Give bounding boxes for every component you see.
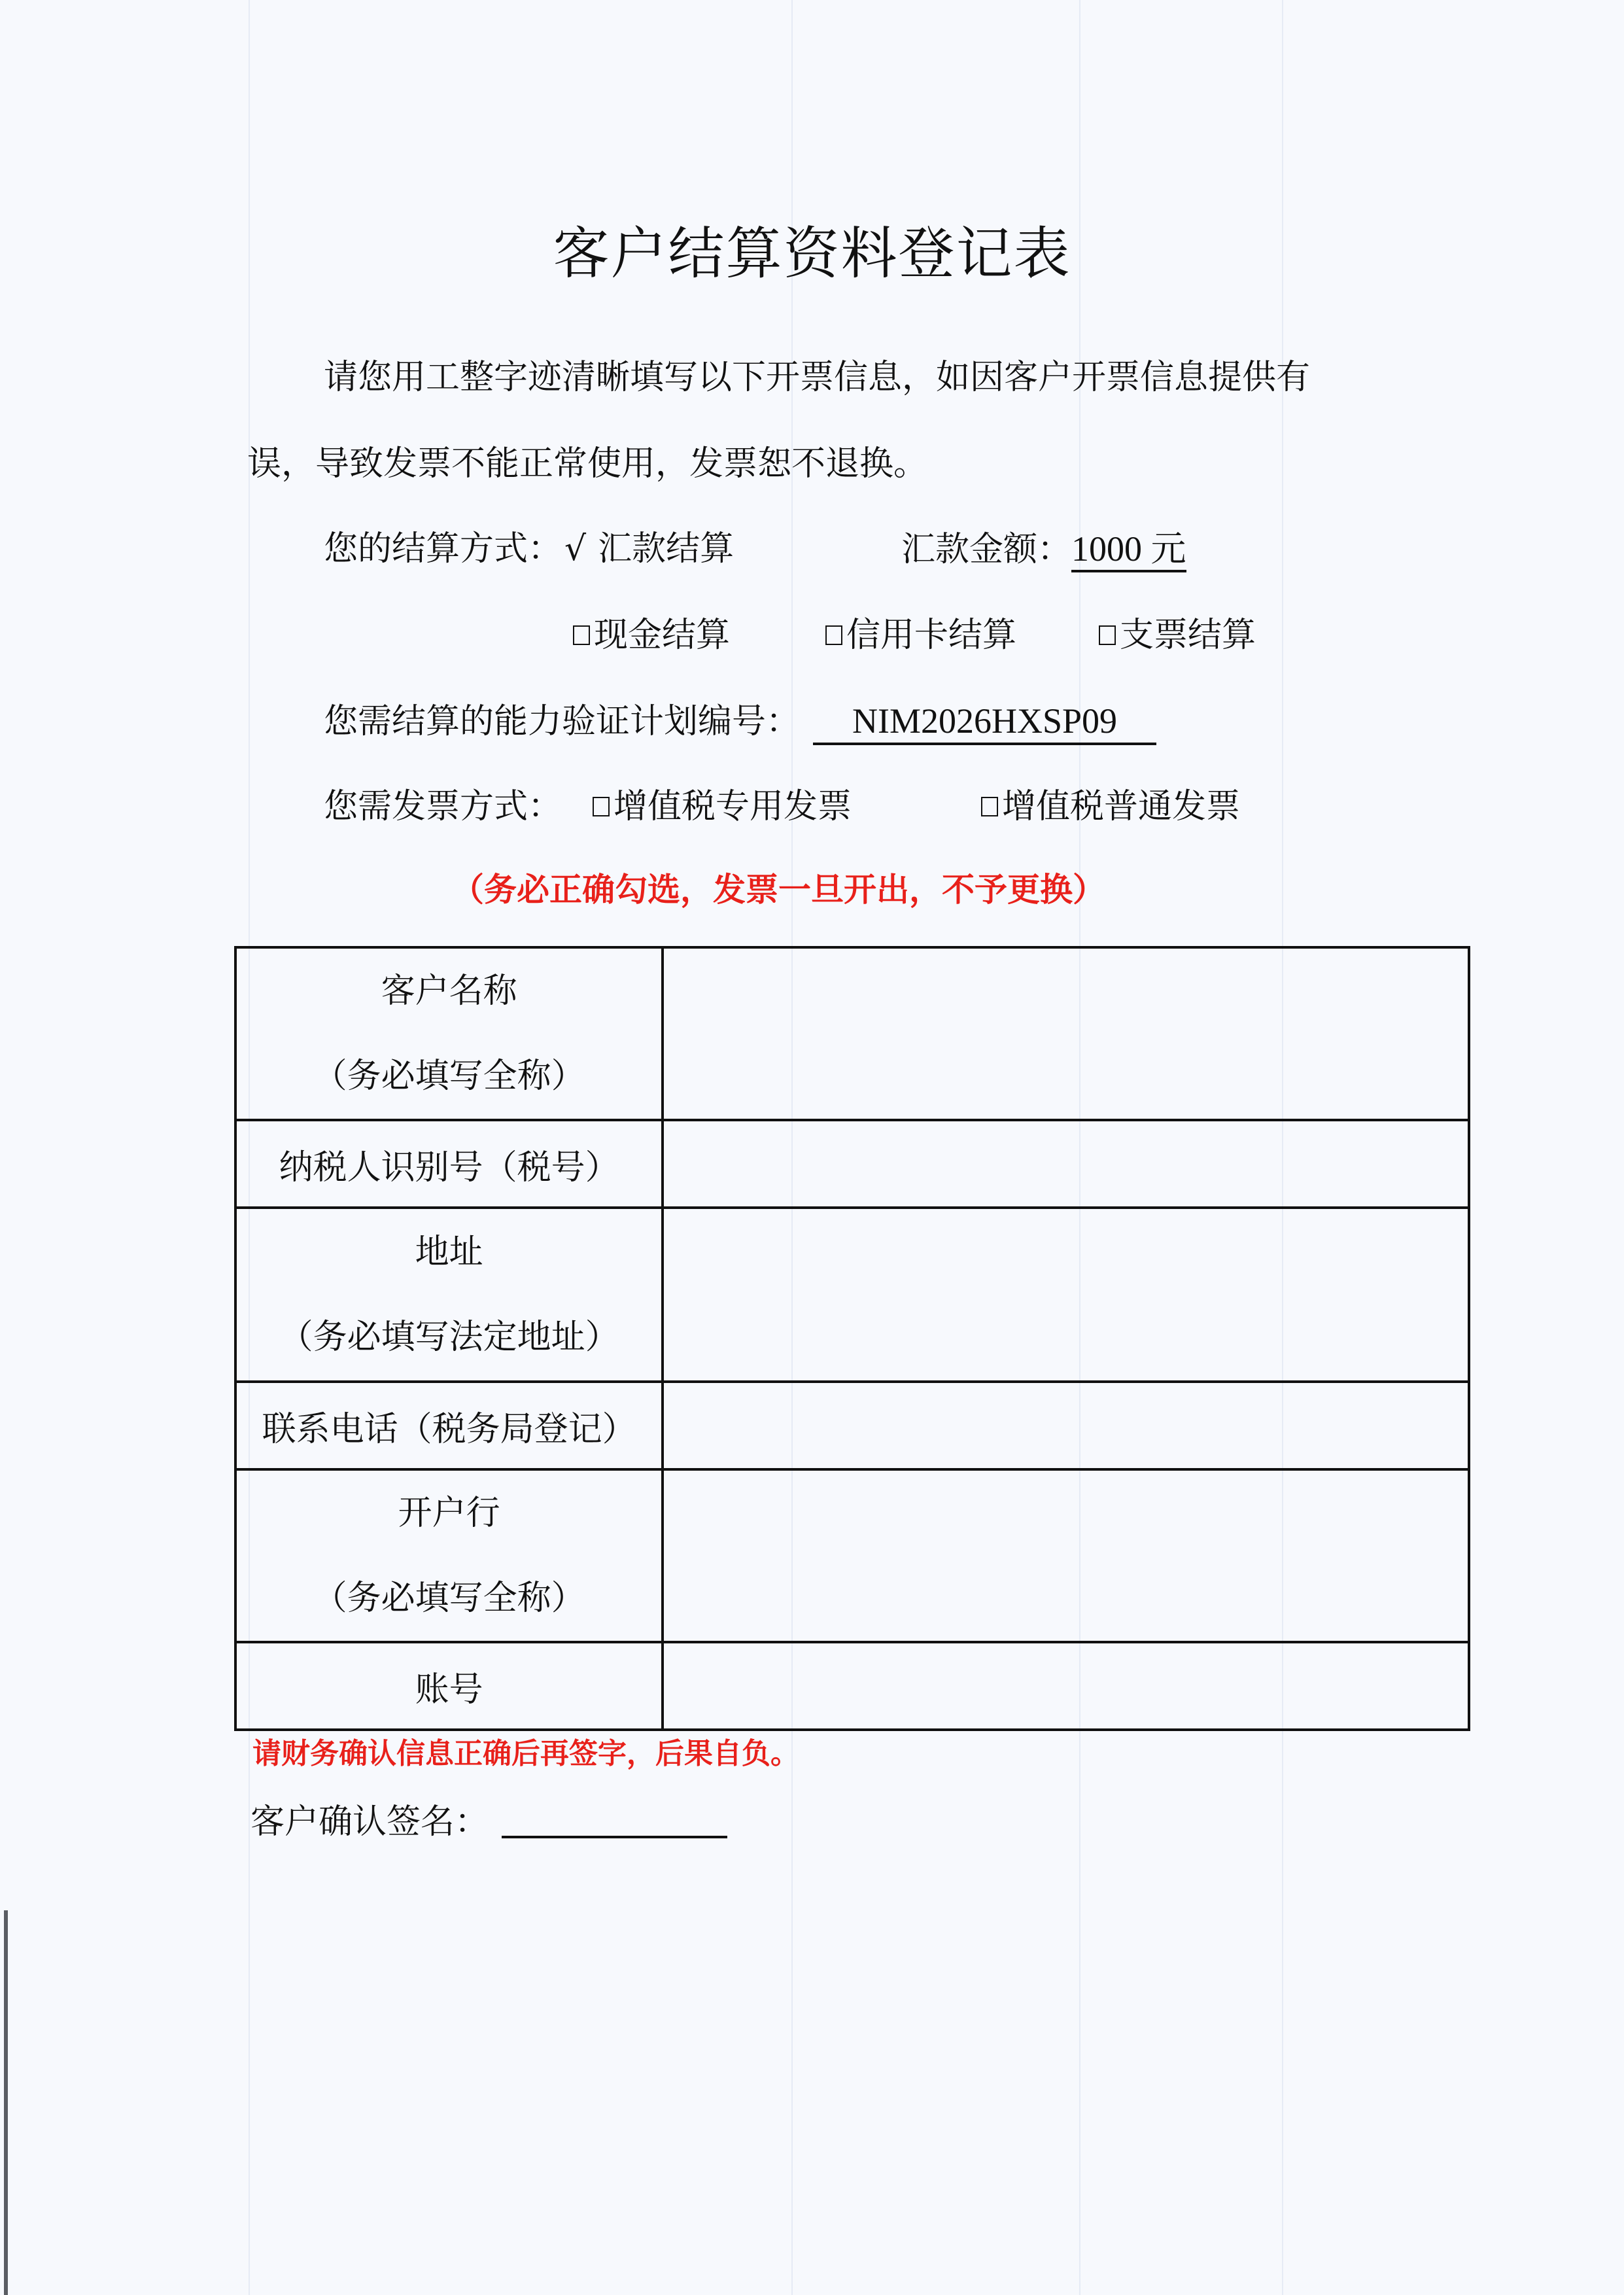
invoice-option-ordinary[interactable]: 增值税普通发票 bbox=[981, 779, 1240, 828]
label-line: 地址 bbox=[237, 1210, 661, 1295]
scan-edge bbox=[4, 1910, 8, 2295]
signature-label: 客户确认签名： bbox=[251, 1802, 489, 1842]
checkmark-icon[interactable]: √ bbox=[564, 529, 586, 569]
table-row: 联系电话（税务局登记） bbox=[235, 1382, 1469, 1469]
option-label: 增值税普通发票 bbox=[1002, 787, 1240, 826]
row-label-phone: 联系电话（税务局登记） bbox=[235, 1382, 663, 1469]
label-note: （务必填写法定地址） bbox=[237, 1295, 661, 1380]
option-label: 现金结算 bbox=[594, 616, 730, 655]
label-line: 客户名称 bbox=[237, 949, 661, 1034]
finance-note: 请财务确认信息正确后再签字，后果自负。 bbox=[252, 1730, 799, 1772]
row-label-address: 地址 （务必填写法定地址） bbox=[235, 1208, 663, 1382]
option-label: 增值税专用发票 bbox=[613, 787, 852, 826]
signature-field[interactable] bbox=[502, 1836, 727, 1838]
intro-line-2: 误，导致发票不能正常使用，发票恕不退换。 bbox=[247, 436, 927, 485]
settlement-option-credit-card[interactable]: 信用卡结算 bbox=[825, 607, 1016, 656]
row-label-tax-id: 纳税人识别号（税号） bbox=[235, 1120, 663, 1208]
checkbox-icon[interactable] bbox=[573, 625, 590, 645]
customer-info-table: 客户名称 （务必填写全称） 纳税人识别号（税号） 地址 （务必填写法定地址） 联… bbox=[234, 946, 1470, 1731]
table-row: 地址 （务必填写法定地址） bbox=[235, 1208, 1469, 1382]
table-row: 纳税人识别号（税号） bbox=[235, 1120, 1469, 1208]
settlement-method-row: 您的结算方式：√汇款结算 bbox=[324, 521, 734, 570]
invoice-row: 您需发票方式： bbox=[324, 779, 562, 828]
tax-id-field[interactable] bbox=[663, 1120, 1469, 1208]
settlement-label: 您的结算方式： bbox=[324, 529, 562, 569]
amount-row: 汇款金额：1000 元 bbox=[901, 521, 1186, 571]
plan-row: 您需结算的能力验证计划编号：NIM2026HXSP09 bbox=[324, 693, 1156, 745]
label-line: 账号 bbox=[237, 1662, 661, 1711]
settlement-option-remittance[interactable]: 汇款结算 bbox=[598, 529, 734, 569]
checkbox-icon[interactable] bbox=[593, 797, 610, 816]
amount-value[interactable]: 1000 元 bbox=[1071, 529, 1186, 572]
label-note: （务必填写全称） bbox=[237, 1556, 661, 1641]
customer-name-field[interactable] bbox=[663, 947, 1469, 1120]
label-line: 纳税人识别号（税号） bbox=[237, 1140, 661, 1189]
table-row: 开户行 （务必填写全称） bbox=[235, 1469, 1469, 1642]
bank-field[interactable] bbox=[663, 1469, 1469, 1642]
checkbox-icon[interactable] bbox=[825, 625, 842, 645]
intro-line-1: 请您用工整字迹清晰填写以下开票信息，如因客户开票信息提供有 bbox=[324, 349, 1310, 398]
signature-row: 客户确认签名： bbox=[251, 1794, 727, 1843]
page-title: 客户结算资料登记表 bbox=[0, 208, 1624, 289]
checkbox-icon[interactable] bbox=[981, 797, 998, 816]
option-label: 支票结算 bbox=[1120, 616, 1256, 655]
table-row: 客户名称 （务必填写全称） bbox=[235, 947, 1469, 1120]
invoice-label: 您需发票方式： bbox=[324, 787, 562, 826]
table-row: 账号 bbox=[235, 1642, 1469, 1730]
row-label-customer-name: 客户名称 （务必填写全称） bbox=[235, 947, 663, 1120]
settlement-option-cash[interactable]: 现金结算 bbox=[573, 607, 730, 656]
option-label: 信用卡结算 bbox=[846, 616, 1016, 655]
invoice-warning: （务必正确勾选，发票一旦开出，不予更换） bbox=[451, 864, 1105, 911]
row-label-account: 账号 bbox=[235, 1642, 663, 1730]
row-label-bank: 开户行 （务必填写全称） bbox=[235, 1469, 663, 1642]
settlement-option-cheque[interactable]: 支票结算 bbox=[1099, 607, 1256, 656]
address-field[interactable] bbox=[663, 1208, 1469, 1382]
label-line: 开户行 bbox=[237, 1471, 661, 1556]
plan-number[interactable]: NIM2026HXSP09 bbox=[813, 701, 1156, 745]
label-line: 联系电话（税务局登记） bbox=[237, 1401, 661, 1450]
phone-field[interactable] bbox=[663, 1382, 1469, 1469]
plan-label: 您需结算的能力验证计划编号： bbox=[324, 702, 800, 741]
invoice-option-special[interactable]: 增值税专用发票 bbox=[593, 779, 852, 828]
checkbox-icon[interactable] bbox=[1099, 625, 1116, 645]
amount-label: 汇款金额： bbox=[901, 530, 1071, 569]
label-note: （务必填写全称） bbox=[237, 1034, 661, 1119]
account-field[interactable] bbox=[663, 1642, 1469, 1730]
